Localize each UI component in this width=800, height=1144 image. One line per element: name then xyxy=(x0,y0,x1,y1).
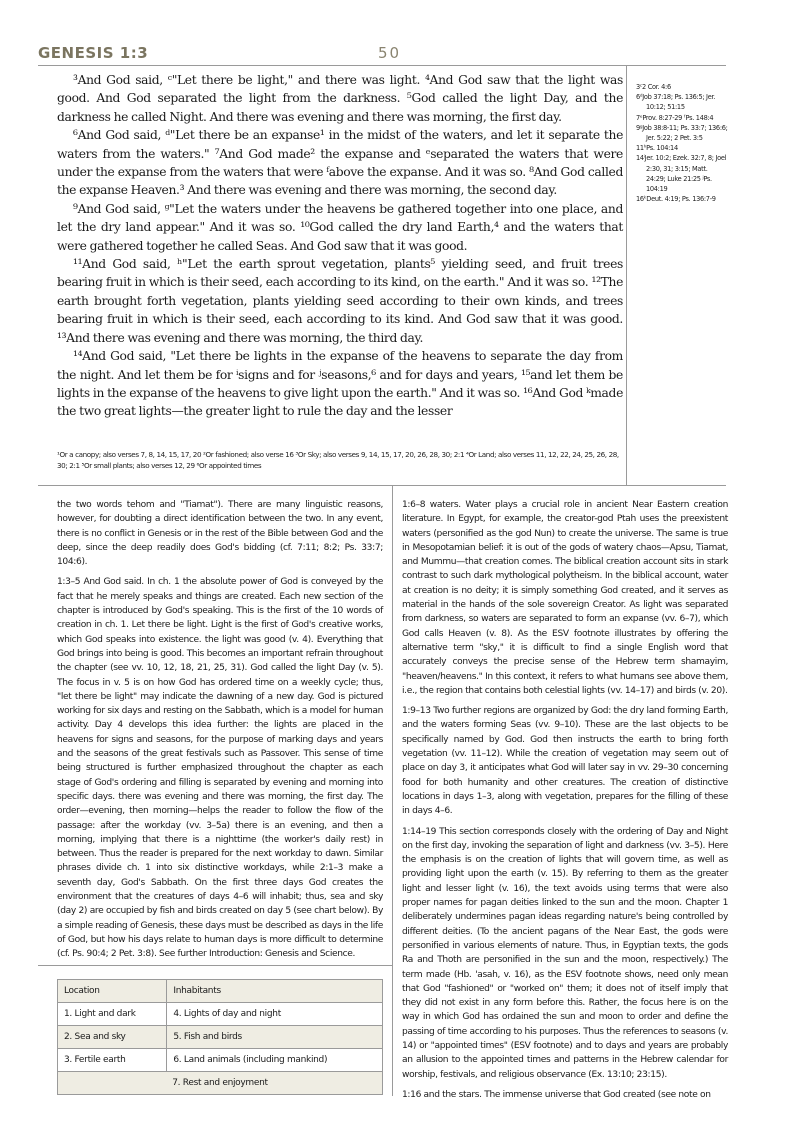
scripture-paragraph: ⁶And God said, ᵈ"Let there be an expanse… xyxy=(57,126,623,200)
header-rule xyxy=(38,65,726,66)
scripture-paragraph: ³And God said, ᶜ"Let there be light," an… xyxy=(57,71,623,126)
section-rule xyxy=(38,485,726,486)
study-note: 1:3–5 And God said. In ch. 1 the absolut… xyxy=(57,575,383,961)
study-note: the two words tehom and "Tiamat"). There… xyxy=(57,498,383,569)
crossref-divider xyxy=(626,66,627,485)
table-cell: 5. Fish and birds xyxy=(167,1026,383,1049)
table-row: 3. Fertile earth 6. Land animals (includ… xyxy=(58,1049,383,1072)
table-header-location: Location xyxy=(58,980,167,1003)
table-row: 1. Light and dark 4. Lights of day and n… xyxy=(58,1003,383,1026)
study-note: 1:9–13 Two further regions are organized… xyxy=(402,704,728,818)
cross-references: 3ᶜ2 Cor. 4:6 6ᵈJob 37:18; Ps. 136:5; Jer… xyxy=(636,82,728,204)
study-note: 1:16 and the stars. The immense universe… xyxy=(402,1088,728,1102)
scripture-paragraph: ¹⁴And God said, "Let there be lights in … xyxy=(57,347,623,421)
table-cell: 6. Land animals (including mankind) xyxy=(167,1049,383,1072)
page-number: 50 xyxy=(378,44,401,62)
table-cell: 2. Sea and sky xyxy=(58,1026,167,1049)
table-header-inhabitants: Inhabitants xyxy=(167,980,383,1003)
creation-days-table: Location Inhabitants 1. Light and dark 4… xyxy=(57,979,383,1095)
scripture-paragraph: ¹¹And God said, ʰ"Let the earth sprout v… xyxy=(57,255,623,347)
table-footer-row: 7. Rest and enjoyment xyxy=(58,1072,383,1095)
table-cell: 1. Light and dark xyxy=(58,1003,167,1026)
study-notes-right: 1:6–8 waters. Water plays a crucial role… xyxy=(402,498,728,1108)
crossref-entry: 9ᵍJob 38:8-11; Ps. 33:7; 136:6; Jer. 5:2… xyxy=(636,123,728,143)
running-head: GENESIS 1:3 xyxy=(38,44,148,62)
crossref-entry: 16ᵏDeut. 4:19; Ps. 136:7-9 xyxy=(636,194,728,204)
notes-column-divider xyxy=(392,486,393,1096)
crossref-entry: 3ᶜ2 Cor. 4:6 xyxy=(636,82,728,92)
study-notes-left: the two words tehom and "Tiamat"). There… xyxy=(57,498,383,968)
table-footer-cell: 7. Rest and enjoyment xyxy=(58,1072,383,1095)
table-row: 2. Sea and sky 5. Fish and birds xyxy=(58,1026,383,1049)
crossref-entry: 14ⁱJer. 10:2; Ezek. 32:7, 8; Joel 2:30, … xyxy=(636,153,728,194)
crossref-entry: 7ᵉProv. 8:27-29 ᶠPs. 148:4 xyxy=(636,113,728,123)
translation-footnotes: ¹Or a canopy; also verses 7, 8, 14, 15, … xyxy=(57,449,623,471)
study-note: 1:14–19 This section corresponds closely… xyxy=(402,825,728,1082)
study-note: 1:6–8 waters. Water plays a crucial role… xyxy=(402,498,728,698)
table-header-row: Location Inhabitants xyxy=(58,980,383,1003)
crossref-entry: 11ʰPs. 104:14 xyxy=(636,143,728,153)
table-cell: 4. Lights of day and night xyxy=(167,1003,383,1026)
crossref-entry: 6ᵈJob 37:18; Ps. 136:5; Jer. 10:12; 51:1… xyxy=(636,92,728,112)
page-header: GENESIS 1:3 50 xyxy=(38,44,726,66)
scripture-paragraph: ⁹And God said, ᵍ"Let the waters under th… xyxy=(57,200,623,255)
table-rule xyxy=(38,965,393,966)
scripture-text: ³And God said, ᶜ"Let there be light," an… xyxy=(57,71,623,421)
table-cell: 3. Fertile earth xyxy=(58,1049,167,1072)
